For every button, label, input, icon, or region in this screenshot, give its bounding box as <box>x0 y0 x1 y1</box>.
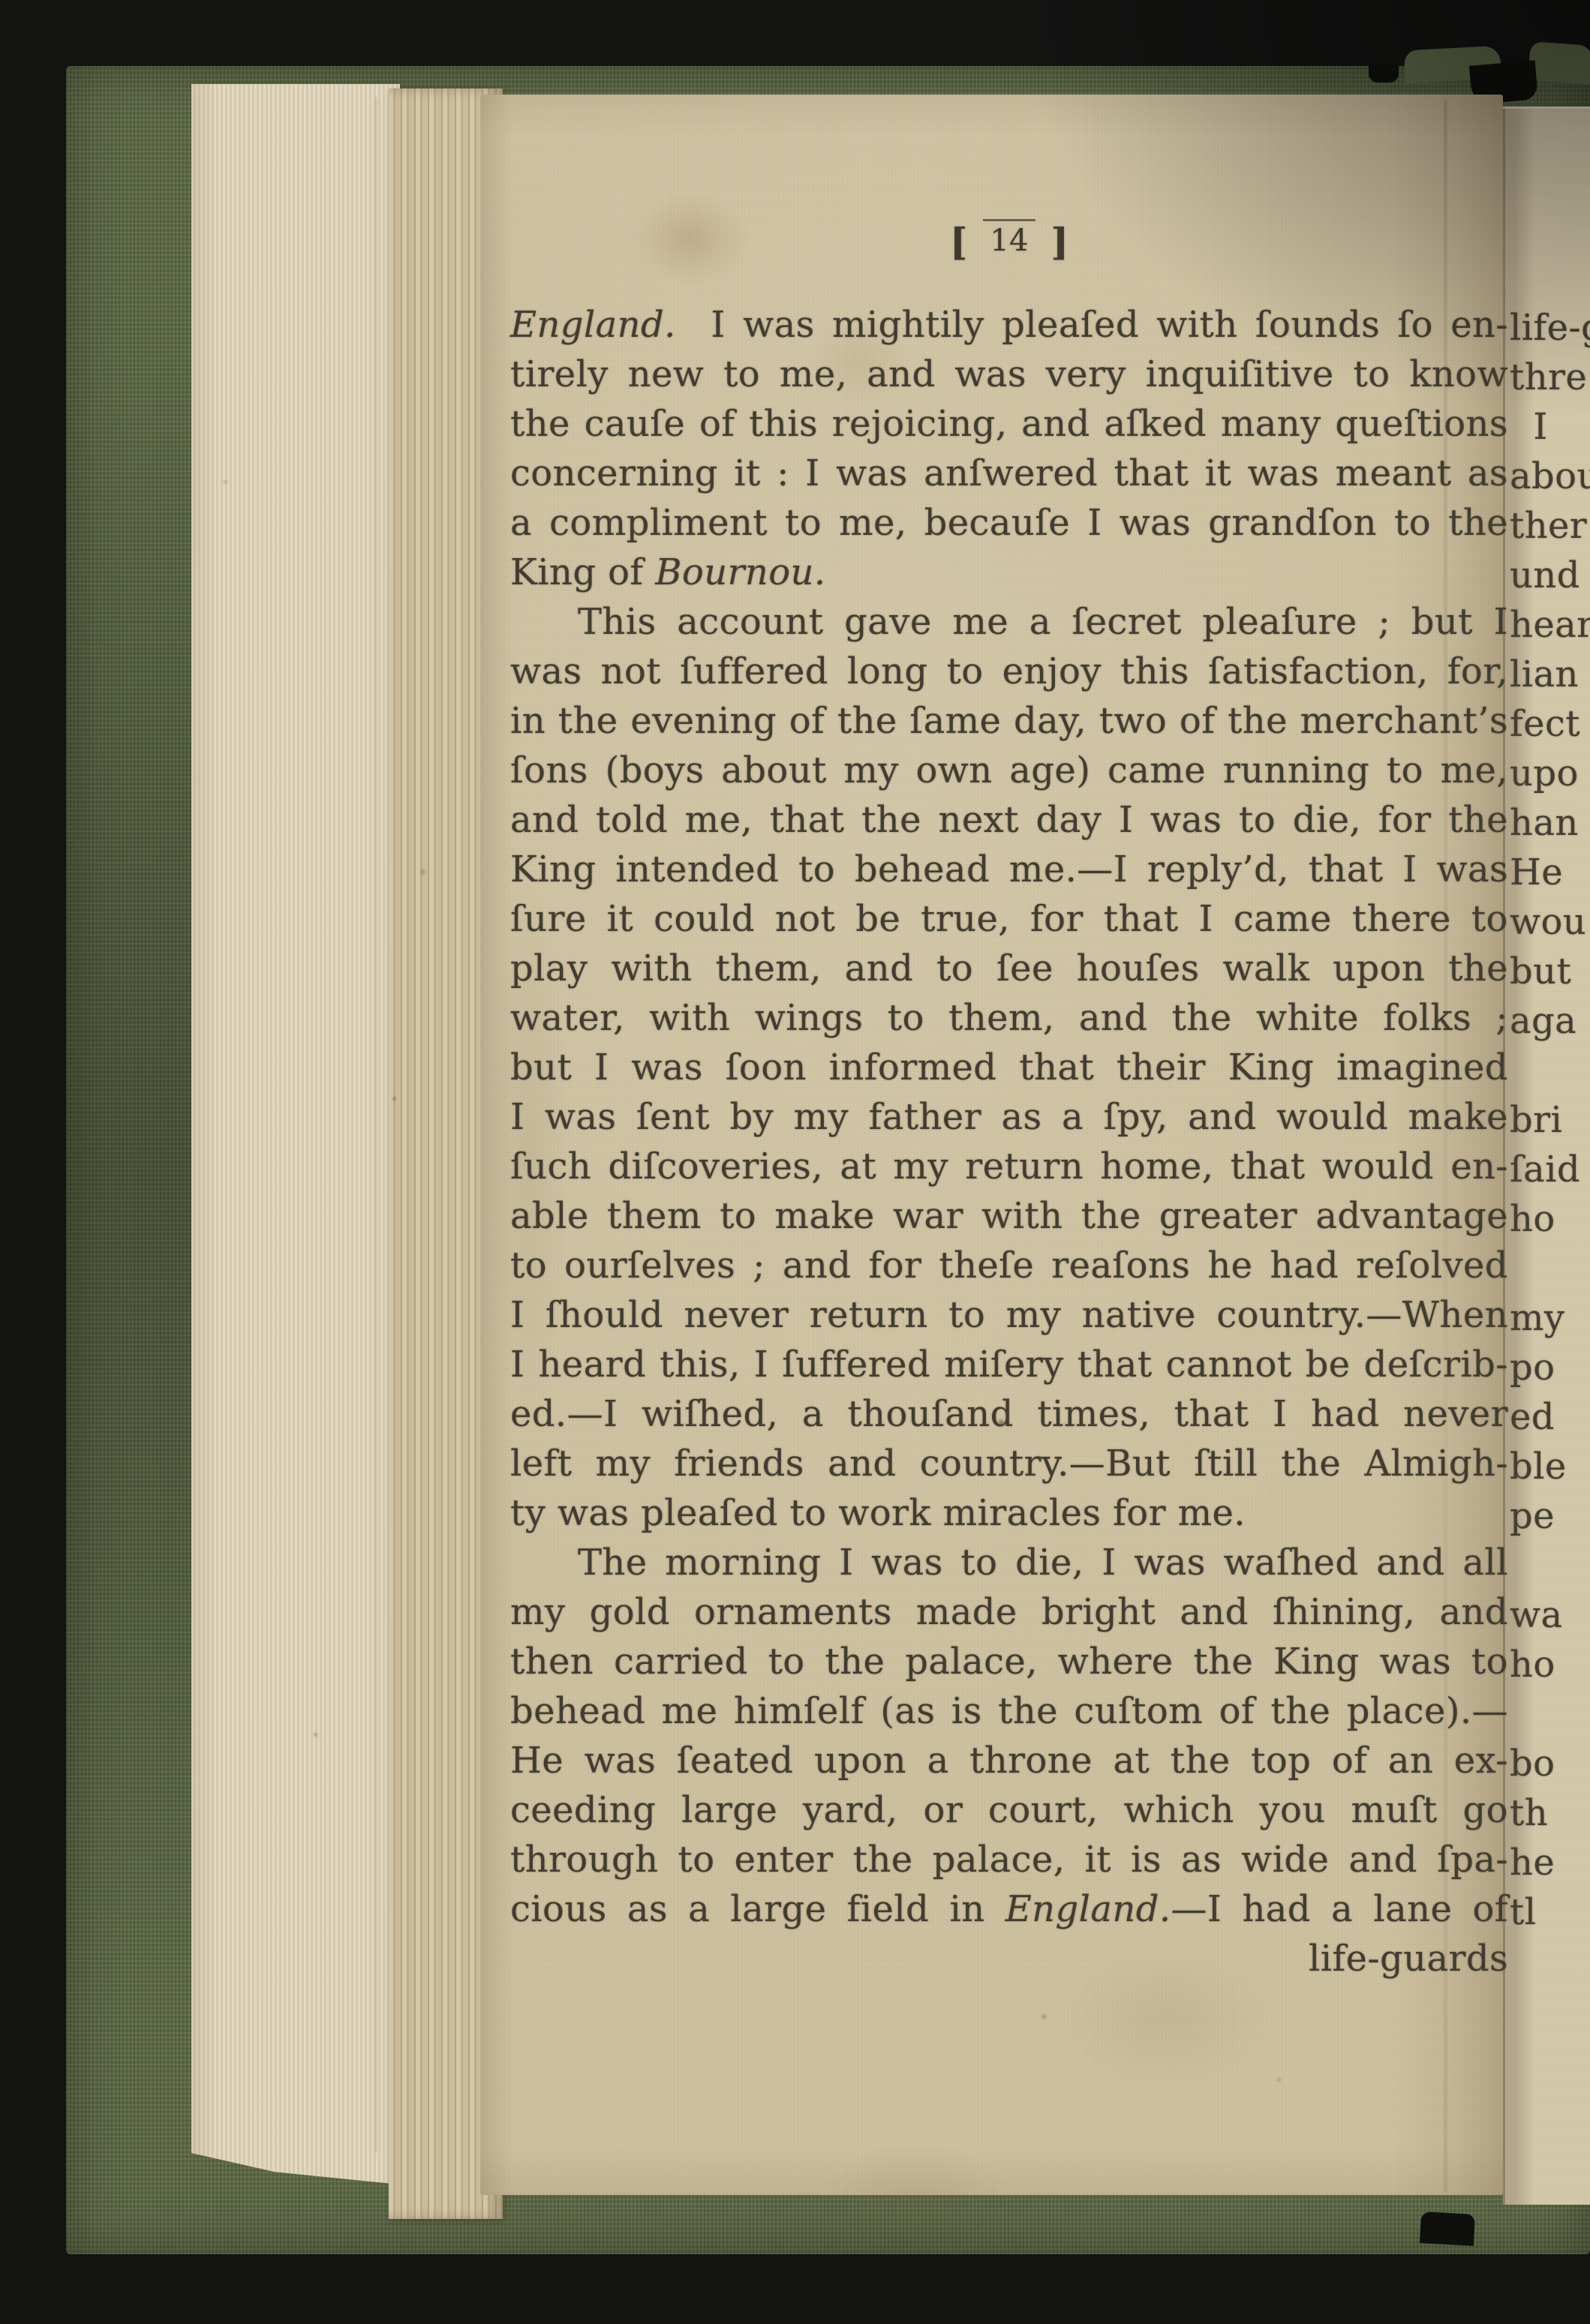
next-page-text-fragment <box>1510 1689 1588 1739</box>
text-line: acomplimenttome,becauſeIwasgrandſontothe <box>510 498 1508 548</box>
next-page-text-fragment: lian <box>1510 650 1588 699</box>
next-page-text-fragment: bri <box>1510 1095 1588 1145</box>
right-bracket: ] <box>1050 220 1069 264</box>
text-line: leftmyfriendsandcountry.—ButſtilltheAlmi… <box>510 1439 1508 1488</box>
cover-fray <box>1528 41 1590 85</box>
cover-tear <box>1369 65 1399 83</box>
next-page-text-fragment: abou <box>1510 452 1588 501</box>
text-line: thencarriedtothepalace,wheretheKingwasto <box>510 1637 1508 1686</box>
next-page-text-fragment: my <box>1510 1293 1588 1343</box>
text-line: England.Iwasmightilypleaſedwithſoundsſoe… <box>510 300 1508 350</box>
text-line: butIwasſooninformedthattheirKingimagined <box>510 1043 1508 1092</box>
next-page-text-fragment: tl <box>1510 1887 1588 1937</box>
catchword: life-guards <box>1309 1934 1508 1983</box>
next-page-text-fragment: wa <box>1510 1590 1588 1640</box>
next-page-text-fragment: po <box>1510 1343 1588 1392</box>
text-line: Kingintendedtobeheadme.—Ireply’d,thatIwa… <box>510 845 1508 894</box>
text-line: Iheardthis,Iſufferedmiſerythatcannotbede… <box>510 1340 1508 1389</box>
text-line: Thisaccountgavemeaſecretpleaſure;butI <box>510 597 1508 647</box>
text-line: Iſhouldneverreturntomynativecountry.—Whe… <box>510 1290 1508 1340</box>
text-line: Hewasſeateduponathroneatthetopofanex- <box>510 1736 1508 1785</box>
next-page-text-fragment: but <box>1510 947 1588 996</box>
text-line: throughtoenterthepalace,itisaswideandſpa… <box>510 1835 1508 1884</box>
text-line: ty was pleaſed to work miracles for me. <box>510 1488 1508 1538</box>
next-page-fragments: life-gthre Iaboutherundhearlianfectupoha… <box>1510 303 1588 1937</box>
text-line: ThemorningIwastodie,Iwaswaſhedandall <box>510 1538 1508 1587</box>
foxing-specks <box>0 0 1 1</box>
text-line: ſuchdiſcoveries,atmyreturnhome,thatwould… <box>510 1142 1508 1191</box>
next-page-text-fragment: ho <box>1510 1640 1588 1689</box>
next-page-text-fragment: han <box>1510 798 1588 848</box>
text-line: playwiththem,andtoſeehouſeswalkuponthe <box>510 944 1508 993</box>
text-line: concerningit:Iwasanſweredthatitwasmeanta… <box>510 449 1508 498</box>
next-page-text-fragment: hear <box>1510 600 1588 650</box>
next-page-text-fragment: ho <box>1510 1194 1588 1244</box>
page-number-header: [14] <box>510 219 1508 264</box>
page-number: 14 <box>983 219 1036 256</box>
next-page-text-fragment: fect <box>1510 699 1588 749</box>
next-page-text-fragment: He <box>1510 848 1588 897</box>
next-page-text-fragment: und <box>1510 551 1588 600</box>
text-line: tirelynewtome,andwasveryinquiſitivetokno… <box>510 350 1508 399</box>
text-line: toourſelves;andfortheſereaſonshehadreſol… <box>510 1241 1508 1290</box>
next-page-text-fragment: wou <box>1510 897 1588 947</box>
flyleaf-endpaper <box>191 84 400 2184</box>
text-line: thecauſeofthisrejoicing,andaſkedmanyqueſ… <box>510 399 1508 449</box>
next-page-text-fragment: life-g <box>1510 303 1588 353</box>
next-page-text-fragment: ſaid <box>1510 1145 1588 1194</box>
next-page-text-fragment: thre <box>1510 353 1588 402</box>
next-page-text-fragment: ther <box>1510 501 1588 551</box>
endpaper-crease <box>375 98 377 2153</box>
text-line: King of Bournou. <box>510 548 1508 597</box>
next-page-text-fragment: ed <box>1510 1392 1588 1442</box>
text-line: beheadmehimſelf(asisthecuſtomoftheplace)… <box>510 1686 1508 1736</box>
next-page-text-fragment: bo <box>1510 1739 1588 1788</box>
text-line: ciousasalargefieldinEngland.—Ihadalaneof <box>510 1884 1508 1934</box>
text-line: intheeveningoftheſameday,twoofthemerchan… <box>510 696 1508 746</box>
text-line: ſureitcouldnotbetrue,forthatIcamethereto <box>510 894 1508 944</box>
book-photo: { "colors": { "background": "#131312", "… <box>0 0 1590 2324</box>
text-line: ablethemtomakewarwiththegreateradvantage <box>510 1191 1508 1241</box>
text-line: water,withwingstothem,andthewhitefolks; <box>510 993 1508 1043</box>
cover-tear <box>1420 2211 1475 2246</box>
next-page-text-fragment: aga <box>1510 996 1588 1046</box>
left-bracket: [ <box>950 220 968 264</box>
next-page-text-fragment: th <box>1510 1788 1588 1838</box>
next-page-text-fragment <box>1510 1541 1588 1590</box>
next-page-text-fragment: ble <box>1510 1442 1588 1491</box>
text-line: mygoldornamentsmadebrightandſhining,and <box>510 1587 1508 1637</box>
next-page-text-fragment: I <box>1510 402 1588 452</box>
next-page-text-fragment: upo <box>1510 749 1588 798</box>
next-page-text-fragment: he <box>1510 1838 1588 1887</box>
text-line: ceedinglargeyard,orcourt,whichyoumuſtgo <box>510 1785 1508 1835</box>
text-line: andtoldme,thatthenextdayIwastodie,forthe <box>510 795 1508 845</box>
text-line: Iwasſentbymyfatherasaſpy,andwouldmake <box>510 1092 1508 1142</box>
text-line: wasnotſufferedlongtoenjoythisſatisfactio… <box>510 647 1508 696</box>
text-line: ſons(boysaboutmyownage)camerunningtome, <box>510 746 1508 795</box>
next-page-text-fragment: pe <box>1510 1491 1588 1541</box>
page-text: England.Iwasmightilypleaſedwithſoundsſoe… <box>510 300 1508 2003</box>
next-page-text-fragment <box>1510 1244 1588 1293</box>
next-page-text-fragment <box>1510 1046 1588 1095</box>
text-line: ed.—Iwiſhed,athouſandtimes,thatIhadnever <box>510 1389 1508 1439</box>
